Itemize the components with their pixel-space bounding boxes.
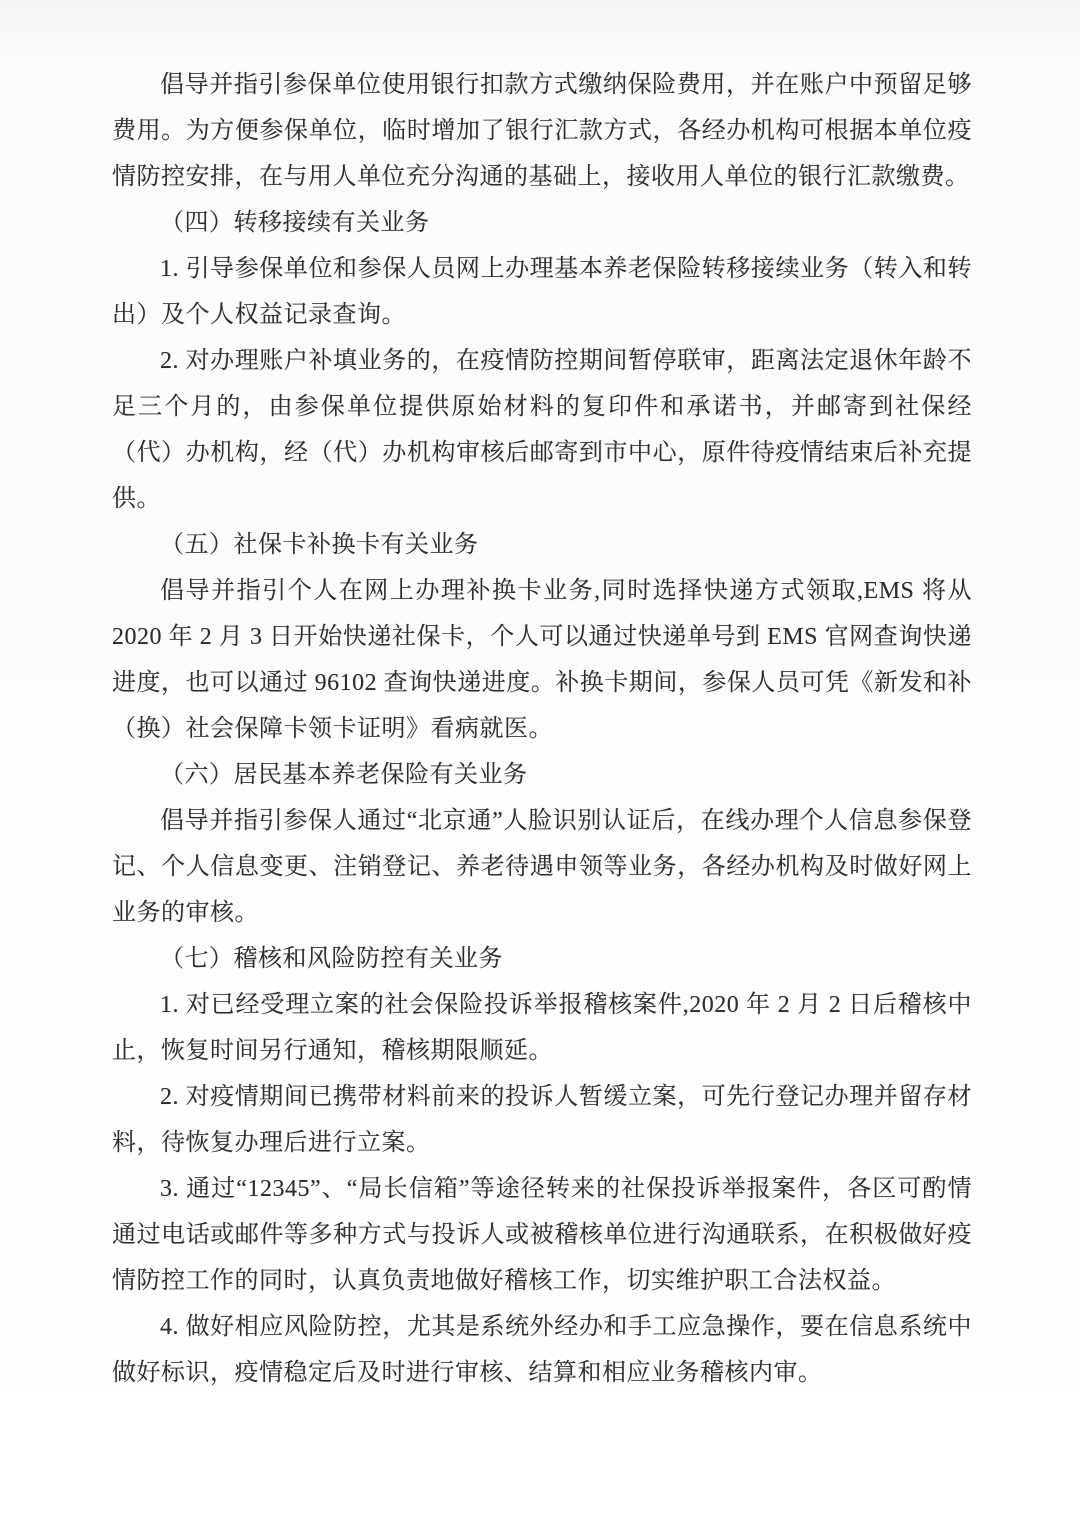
document-page: 倡导并指引参保单位使用银行扣款方式缴纳保险费用，并在账户中预留足够费用。为方便参…: [0, 0, 1080, 1529]
list-item-audit-suspension: 1. 对已经受理立案的社会保险投诉举报稽核案件,2020 年 2 月 2 日后稽…: [112, 982, 972, 1074]
paragraph-beijing-tong-online-services: 倡导并指引参保人通过“北京通”人脸识别认证后，在线办理个人信息参保登记、个人信息…: [112, 798, 972, 936]
list-item-risk-control-marking: 4. 做好相应风险防控，尤其是系统外经办和手工应急操作，要在信息系统中做好标识，…: [112, 1304, 972, 1396]
photo-background: 倡导并指引参保单位使用银行扣款方式缴纳保险费用，并在账户中预留足够费用。为方便参…: [0, 0, 1080, 1529]
section-heading-transfer-continuation: （四）转移接续有关业务: [112, 200, 972, 246]
list-item-account-backfill-suspension: 2. 对办理账户补填业务的，在疫情防控期间暂停联审，距离法定退休年龄不足三个月的…: [112, 338, 972, 522]
paragraph-card-replacement-guidance: 倡导并指引个人在网上办理补换卡业务,同时选择快递方式领取,EMS 将从 2020…: [112, 568, 972, 752]
list-item-complaint-deferred-filing: 2. 对疫情期间已携带材料前来的投诉人暂缓立案，可先行登记办理并留存材料，待恢复…: [112, 1074, 972, 1166]
paragraph-bank-payment-guidance: 倡导并指引参保单位使用银行扣款方式缴纳保险费用，并在账户中预留足够费用。为方便参…: [112, 62, 972, 200]
section-heading-resident-pension: （六）居民基本养老保险有关业务: [112, 752, 972, 798]
section-heading-social-security-card: （五）社保卡补换卡有关业务: [112, 522, 972, 568]
list-item-12345-complaint-channels: 3. 通过“12345”、“局长信箱”等途径转来的社保投诉举报案件，各区可酌情通…: [112, 1166, 972, 1304]
section-heading-audit-risk-control: （七）稽核和风险防控有关业务: [112, 936, 972, 982]
list-item-transfer-online-handling: 1. 引导参保单位和参保人员网上办理基本养老保险转移接续业务（转入和转出）及个人…: [112, 246, 972, 338]
